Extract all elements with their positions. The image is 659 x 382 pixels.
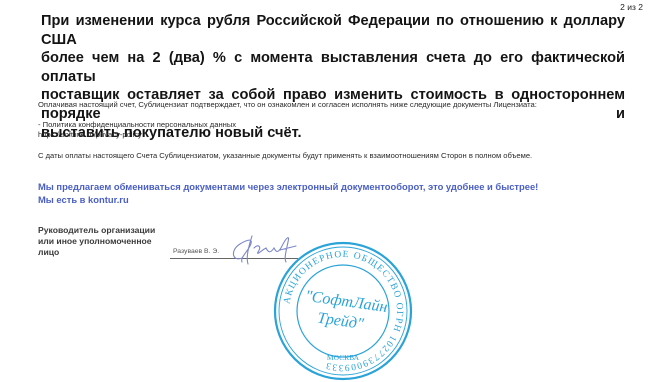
signer-role-line: лицо: [38, 247, 155, 258]
terms-outro: С даты оплаты настоящего Счета Сублиценз…: [38, 151, 532, 161]
page-number: 2 из 2: [620, 2, 643, 12]
privacy-policy-title: - Политика конфиденциальности персональн…: [38, 120, 236, 130]
company-stamp: АКЦИОНЕРНОЕ ОБЩЕСТВО ОГРН 1027739009333 …: [270, 238, 416, 382]
kontur-link[interactable]: Мы есть в kontur.ru: [38, 194, 129, 206]
stamp-company-line1: "СофтЛайн: [304, 288, 389, 316]
signer-role-line: Руководитель организации: [38, 225, 155, 236]
edo-promo: Мы предлагаем обмениваться документами ч…: [38, 181, 538, 193]
notice-line: более чем на 2 (два) % с момента выставл…: [41, 49, 625, 86]
stamp-company-line2: Трейд": [316, 310, 365, 333]
signer-name: Разуваев В. Э.: [173, 248, 219, 255]
privacy-policy-link[interactable]: https://softline.ru/privacy-policy: [38, 130, 142, 140]
signer-role: Руководитель организации или иное уполно…: [38, 225, 155, 259]
notice-line: При изменении курса рубля Российской Фед…: [41, 12, 625, 49]
terms-intro: Оплачивая настоящий счет, Сублицензиат п…: [38, 100, 537, 110]
signer-role-line: или иное уполномоченное: [38, 236, 155, 247]
stamp-city: МОСКВА: [327, 353, 360, 362]
